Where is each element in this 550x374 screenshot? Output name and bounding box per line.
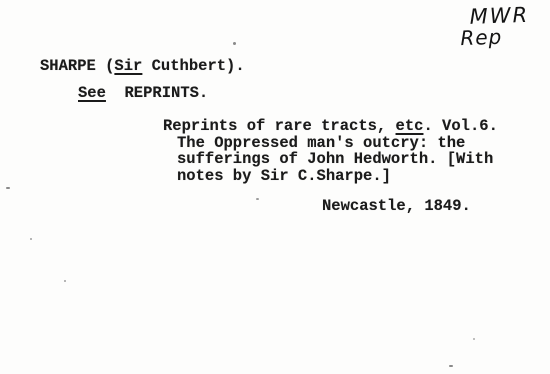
imprint-line: Newcastle, 1849.	[322, 198, 471, 215]
heading-line: SHARPE (Sir Cuthbert).	[40, 58, 245, 75]
see-underlined: See	[78, 84, 106, 102]
title-line-4: notes by Sir C.Sharpe.]	[177, 168, 391, 185]
title-line-3: sufferings of John Hedworth. [With	[177, 151, 493, 168]
see-reference-rest: REPRINTS.	[106, 84, 208, 102]
scan-speck	[233, 42, 236, 45]
title-underlined-etc: etc	[396, 117, 424, 135]
scan-speck	[256, 198, 259, 200]
heading-post: Cuthbert).	[142, 57, 244, 75]
see-reference-line: See REPRINTS.	[78, 85, 208, 102]
title-line-1-pre: Reprints of rare tracts,	[163, 117, 396, 135]
scan-speck	[449, 365, 453, 367]
scan-speck	[64, 280, 66, 282]
title-line-1: Reprints of rare tracts, etc. Vol.6.	[163, 118, 498, 135]
heading-pre: SHARPE (	[40, 57, 114, 75]
scan-speck	[30, 238, 32, 240]
title-line-1-post: . Vol.6.	[423, 117, 497, 135]
handwritten-annotation: MWR Rep	[457, 5, 530, 49]
annotation-shelfmark-line2: Rep	[460, 26, 530, 49]
catalog-card: MWR Rep SHARPE (Sir Cuthbert). See REPRI…	[0, 0, 550, 374]
scan-speck	[473, 338, 475, 340]
heading-underlined-sir: Sir	[114, 57, 142, 75]
scan-speck	[6, 187, 10, 189]
